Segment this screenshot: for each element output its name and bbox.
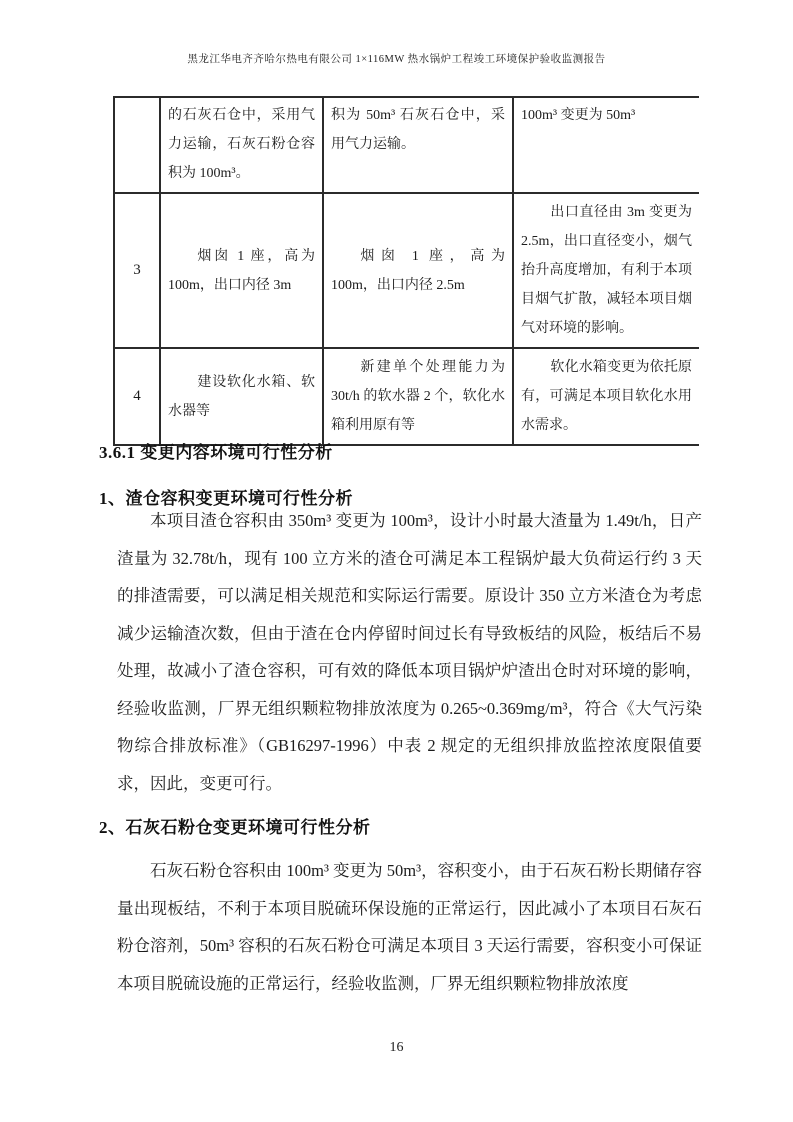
original-design-text: 烟囱 1 座，高为 100m，出口内径 3m [168, 242, 315, 300]
section-heading-361: 3.6.1 变更内容环境可行性分析 [99, 438, 333, 463]
paragraph-slag-bin-analysis: 本项目渣仓容积由 350m³ 变更为 100m³，设计小时最大渣量为 1.49t… [117, 502, 702, 802]
page-header-title: 黑龙江华电齐齐哈尔热电有限公司 1×116MW 热水锅炉工程竣工环境保护验收监测… [0, 51, 793, 66]
document-page: 黑龙江华电齐齐哈尔热电有限公司 1×116MW 热水锅炉工程竣工环境保护验收监测… [0, 0, 793, 1122]
original-design-cell: 的石灰石仓中，采用气力运输，石灰石粉仓容积为 100m³。 [160, 97, 323, 193]
actual-build-cell: 烟囱 1 座，高为 100m，出口内径 2.5m [323, 193, 513, 348]
change-analysis-cell: 出口直径由 3m 变更为 2.5m，出口直径变小，烟气抬升高度增加，有利于本项目… [513, 193, 699, 348]
actual-build-cell: 新建单个处理能力为 30t/h 的软水器 2 个，软化水箱利用原有等 [323, 348, 513, 445]
actual-build-text: 新建单个处理能力为 30t/h 的软水器 2 个，软化水箱利用原有等 [331, 353, 505, 440]
actual-build-text: 积为 50m³ 石灰石仓中，采用气力运输。 [331, 101, 505, 159]
actual-build-cell: 积为 50m³ 石灰石仓中，采用气力运输。 [323, 97, 513, 193]
row-number-cell [114, 97, 160, 193]
row-number-cell: 4 [114, 348, 160, 445]
change-comparison-table: 的石灰石仓中，采用气力运输，石灰石粉仓容积为 100m³。 积为 50m³ 石灰… [113, 96, 699, 446]
original-design-cell: 烟囱 1 座，高为 100m，出口内径 3m [160, 193, 323, 348]
row-number-cell: 3 [114, 193, 160, 348]
original-design-text: 建设软化水箱、软水器等 [168, 368, 315, 426]
page-number: 16 [0, 1040, 793, 1056]
change-analysis-cell: 100m³ 变更为 50m³ [513, 97, 699, 193]
table-row-4: 4 建设软化水箱、软水器等 新建单个处理能力为 30t/h 的软水器 2 个，软… [114, 348, 699, 445]
table-row-continued: 的石灰石仓中，采用气力运输，石灰石粉仓容积为 100m³。 积为 50m³ 石灰… [114, 97, 699, 193]
change-analysis-text: 出口直径由 3m 变更为 2.5m，出口直径变小，烟气抬升高度增加，有利于本项目… [521, 198, 692, 343]
paragraph-limestone-silo-analysis: 石灰石粉仓容积由 100m³ 变更为 50m³，容积变小，由于石灰石粉长期储存容… [117, 852, 702, 1002]
actual-build-text: 烟囱 1 座，高为 100m，出口内径 2.5m [331, 242, 505, 300]
change-analysis-text: 软化水箱变更为依托原有，可满足本项目软化水用水需求。 [521, 353, 692, 440]
table-row-3: 3 烟囱 1 座，高为 100m，出口内径 3m 烟囱 1 座，高为 100m，… [114, 193, 699, 348]
original-design-cell: 建设软化水箱、软水器等 [160, 348, 323, 445]
change-analysis-text: 100m³ 变更为 50m³ [521, 101, 692, 130]
original-design-text: 的石灰石仓中，采用气力运输，石灰石粉仓容积为 100m³。 [168, 101, 315, 188]
change-analysis-cell: 软化水箱变更为依托原有，可满足本项目软化水用水需求。 [513, 348, 699, 445]
sub-heading-2: 2、石灰石粉仓变更环境可行性分析 [99, 813, 371, 838]
